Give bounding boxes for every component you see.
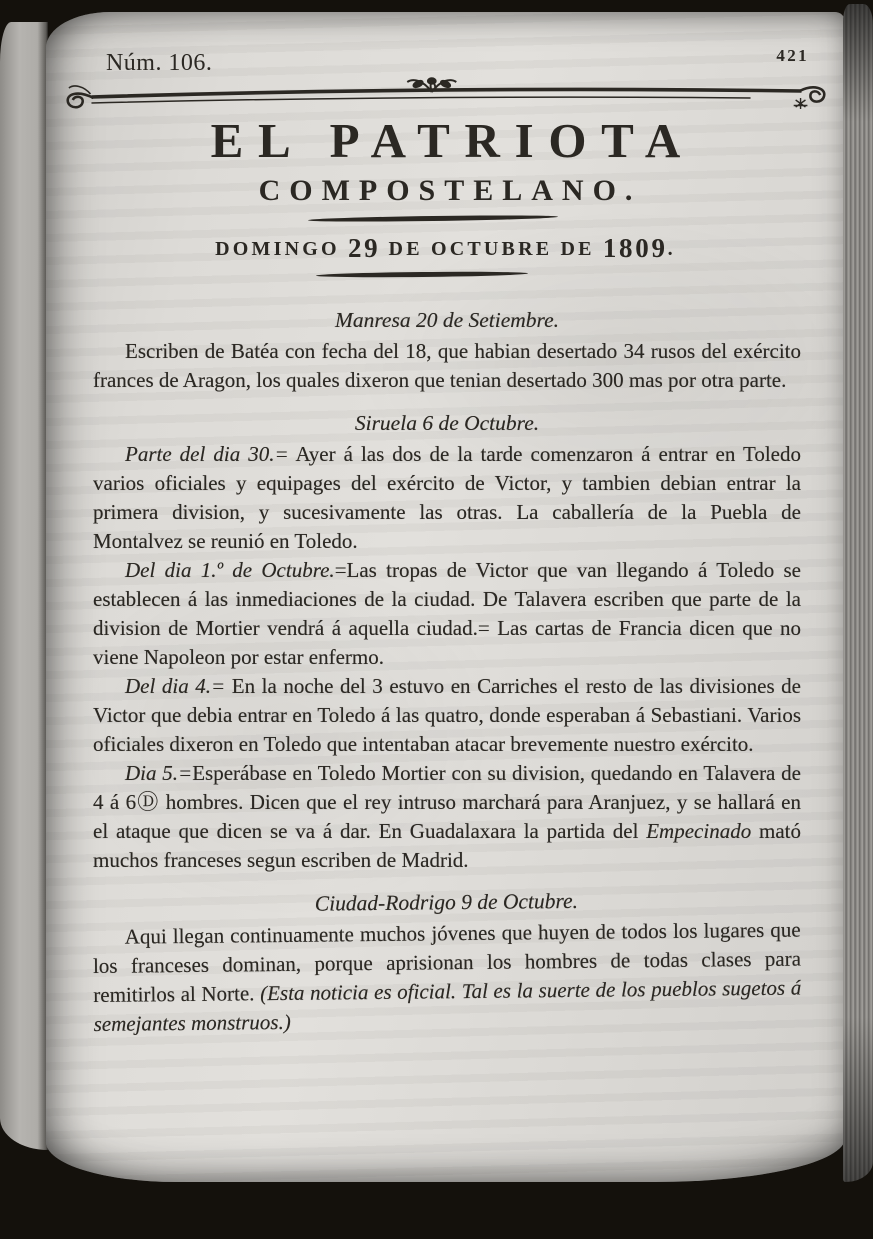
masthead-subtitle: COMPOSTELANO. — [46, 174, 845, 208]
masthead-rule-upper — [307, 214, 557, 222]
double-scroll-ornament — [68, 86, 94, 107]
facing-page-edge — [0, 22, 48, 1150]
newspaper-page: Núm. 106. 421 — [46, 12, 845, 1182]
page-number: 421 — [776, 46, 809, 66]
issue-number: Núm. 106. — [106, 50, 212, 77]
paragraph-manresa-1: Escriben de Batéa con fecha del 18, que … — [93, 337, 801, 395]
section-heading-ciudad-rodrigo: Ciudad-Rodrigo 9 de Octubre. — [92, 885, 800, 921]
dateline-year: 1809 — [603, 233, 668, 263]
paragraph-lead: Del dia 1.º de Octubre. — [125, 558, 335, 582]
dateline-suffix: . — [668, 238, 676, 260]
dateline: DOMINGO 29 DE OCTUBRE DE 1809. — [46, 233, 845, 264]
paragraph-ciudad-rodrigo-1: Aqui llegan continuamente muchos jóvenes… — [93, 916, 802, 1039]
paragraph-lead: Del dia 4.= — [125, 674, 225, 698]
paragraph-emphasis: Empecinado — [646, 819, 751, 843]
page-header: Núm. 106. 421 — [106, 50, 809, 77]
paragraph-siruela-2: Del dia 1.º de Octubre.=Las tropas de Vi… — [93, 556, 801, 672]
rule-top-line — [91, 89, 801, 97]
paragraph-lead: Dia 5.= — [125, 761, 192, 785]
paragraph-text: Escriben de Batéa con fecha del 18, que … — [93, 339, 801, 392]
paragraph-lead: Parte del dia 30.= — [125, 442, 289, 466]
paragraph-siruela-4: Dia 5.=Esperábase en Toledo Mortier con … — [93, 759, 801, 875]
rule-bottom-line — [91, 97, 750, 103]
paragraph-siruela-1: Parte del dia 30.= Ayer á las dos de la … — [93, 440, 801, 556]
book-scan-scene: Núm. 106. 421 — [0, 0, 873, 1239]
article-body: Manresa 20 de Setiembre. Escriben de Bat… — [93, 300, 801, 1036]
section-heading-siruela: Siruela 6 de Octubre. — [93, 409, 801, 438]
ornamental-rule — [64, 74, 829, 114]
masthead-rule-lower — [315, 271, 527, 278]
section-heading-manresa: Manresa 20 de Setiembre. — [93, 306, 801, 335]
paragraph-siruela-3: Del dia 4.= En la noche del 3 estuvo en … — [93, 672, 801, 759]
book-page-edges — [843, 4, 873, 1182]
masthead-title: EL PATRIOTA — [46, 112, 845, 169]
dateline-day: 29 — [348, 233, 380, 263]
dateline-prefix: DOMINGO — [215, 238, 348, 260]
dateline-middle: DE OCTUBRE DE — [380, 238, 602, 260]
